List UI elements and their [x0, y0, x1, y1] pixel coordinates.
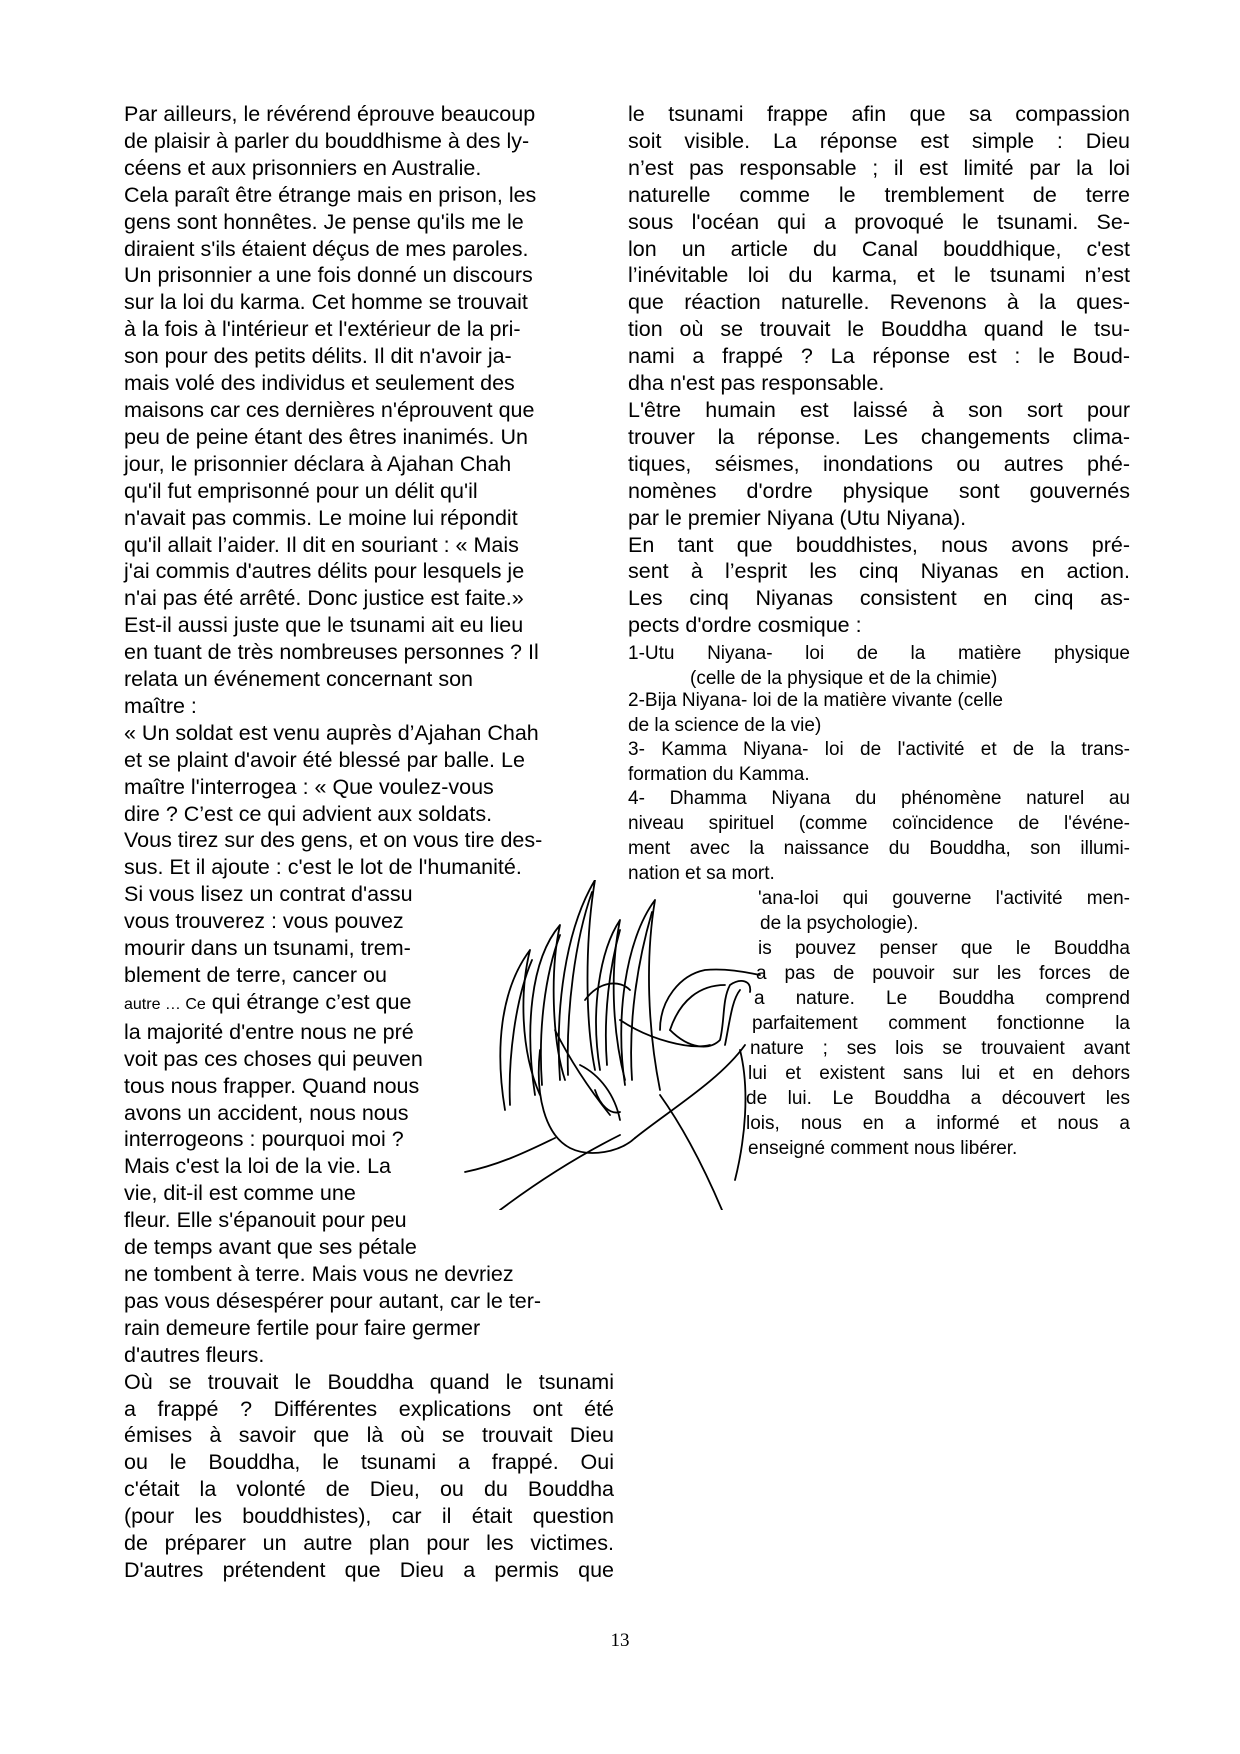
niyana-item-1: 1-Utu Niyana- loi de la matière physique… [628, 641, 1130, 691]
text-run: qui étrange c’est que [206, 990, 412, 1014]
right-text-line: lon un article du Canal bouddhique, c'es… [628, 236, 1130, 263]
left-text-line: « Un soldat est venu auprès d’Ajahan Cha… [124, 720, 614, 747]
left-text-line: de préparer un autre plan pour les victi… [124, 1530, 614, 1557]
left-text-line: Cela paraît être étrange mais en prison,… [124, 182, 614, 209]
left-column: Par ailleurs, le révérend éprouve beauco… [124, 101, 614, 1584]
wrapped-text-line: is pouvez penser que le Bouddha [738, 936, 1130, 961]
wrapped-text-around-illustration: 'ana-loi qui gouverne l'activité men-de … [738, 886, 1130, 1161]
left-text-line: jour, le prisonnier déclara à Ajahan Cha… [124, 451, 614, 478]
left-text-line: qu'il fut emprisonné pour un délit qu'il [124, 478, 614, 505]
left-text-line: ne tombent à terre. Mais vous ne devriez [124, 1261, 614, 1288]
wrapped-text-line: enseigné comment nous libérer. [738, 1136, 1130, 1161]
left-text-line: qu'il allait l’aider. Il dit en souriant… [124, 532, 614, 559]
right-text-line: n’est pas responsable ; il est limité pa… [628, 155, 1130, 182]
left-text-line: à la fois à l'intérieur et l'extérieur d… [124, 316, 614, 343]
left-text-line: D'autres prétendent que Dieu a permis qu… [124, 1557, 614, 1584]
wrapped-text-line: nature ; ses lois se trouvaient avant [738, 1036, 1130, 1061]
right-text-line: que réaction naturelle. Revenons à la qu… [628, 289, 1130, 316]
left-text-line: de plaisir à parler du bouddhisme à des … [124, 128, 614, 155]
left-text-line: émises à savoir que là où se trouvait Di… [124, 1422, 614, 1449]
right-text-line: soit visible. La réponse est simple : Di… [628, 128, 1130, 155]
right-text-line: nomènes d'ordre physique sont gouvernés [628, 478, 1130, 505]
right-text-line: sous l'océan qui a provoqué le tsunami. … [628, 209, 1130, 236]
left-text-line: céens et aux prisonniers en Australie. [124, 155, 614, 182]
left-text-line: et se plaint d'avoir été blessé par ball… [124, 747, 614, 774]
right-text-line: dha n'est pas responsable. [628, 370, 1130, 397]
wrapped-text-line: de lui. Le Bouddha a découvert les [738, 1086, 1130, 1111]
left-text-line: peu de peine étant des êtres inanimés. U… [124, 424, 614, 451]
niyana-item-2: 2-Bija Niyana- loi de la matière vivante… [628, 688, 1130, 738]
wrapped-text-line: 'ana-loi qui gouverne l'activité men- [738, 886, 1130, 911]
left-text-line: Est-il aussi juste que le tsunami ait eu… [124, 612, 614, 639]
wrapped-text-line: lui et existent sans lui et en dehors [738, 1061, 1130, 1086]
left-text-line: a frappé ? Différentes explications ont … [124, 1396, 614, 1423]
right-text-line: L'être humain est laissé à son sort pour [628, 397, 1130, 424]
wrapped-text-line: a pas de pouvoir sur les forces de [738, 961, 1130, 986]
niyana-list: 1-Utu Niyana- loi de la matière physique… [628, 641, 1130, 886]
left-text-line: maître : [124, 693, 614, 720]
right-text-line: En tant que bouddhistes, nous avons pré- [628, 532, 1130, 559]
right-text-line: Les cinq Niyanas consistent en cinq as- [628, 585, 1130, 612]
wrapped-text-line: a nature. Le Bouddha comprend [738, 986, 1130, 1011]
right-text-line: par le premier Niyana (Utu Niyana). [628, 505, 1130, 532]
right-text-line: tiques, séismes, inondations ou autres p… [628, 451, 1130, 478]
right-text-line: tion où se trouvait le Bouddha quand le … [628, 316, 1130, 343]
right-text-line: l’inévitable loi du karma, et le tsunami… [628, 262, 1130, 289]
left-text-line: en tuant de très nombreuses personnes ? … [124, 639, 614, 666]
left-text-line: son pour des petits délits. Il dit n'avo… [124, 343, 614, 370]
left-text-line: sus. Et il ajoute : c'est le lot de l'hu… [124, 854, 614, 881]
right-column-text: le tsunami frappe afin que sa compassion… [628, 101, 1130, 639]
buddha-hand-mudra-icon [460, 880, 780, 1210]
left-text-line: j'ai commis d'autres délits pour lesquel… [124, 558, 614, 585]
niyana-item-3: 3- Kamma Niyana- loi de l'activité et de… [628, 737, 1130, 787]
left-text-line: dire ? C’est ce qui advient aux soldats. [124, 801, 614, 828]
left-text-line: sur la loi du karma. Cet homme se trouva… [124, 289, 614, 316]
left-text-line: fleur. Elle s'épanouit pour peu [124, 1207, 614, 1234]
left-text-line: n'avait pas commis. Le moine lui répondi… [124, 505, 614, 532]
page-number: 13 [0, 1630, 1240, 1652]
left-text-line: n'ai pas été arrêté. Donc justice est fa… [124, 585, 614, 612]
left-text-line: diraient s'ils étaient déçus de mes paro… [124, 236, 614, 263]
left-text-line: mais volé des individus et seulement des [124, 370, 614, 397]
left-text-line: d'autres fleurs. [124, 1342, 614, 1369]
left-text-line: c'était la volonté de Dieu, ou du Bouddh… [124, 1476, 614, 1503]
right-text-line: naturelle comme le tremblement de terre [628, 182, 1130, 209]
left-text-line: de temps avant que ses pétale [124, 1234, 614, 1261]
right-text-line: sent à l’esprit les cinq Niyanas en acti… [628, 558, 1130, 585]
wrapped-text-line: parfaitement comment fonctionne la [738, 1011, 1130, 1036]
buddha-hand-illustration [460, 880, 780, 1210]
right-text-line: le tsunami frappe afin que sa compassion [628, 101, 1130, 128]
left-text-line: maisons car ces dernières n'éprouvent qu… [124, 397, 614, 424]
left-text-line: (pour les bouddhistes), car il était que… [124, 1503, 614, 1530]
niyana-item-4: 4- Dhamma Niyana du phénomène naturel au… [628, 786, 1130, 886]
left-text-line: Par ailleurs, le révérend éprouve beauco… [124, 101, 614, 128]
wrapped-text-line: de la psychologie). [738, 911, 1130, 936]
left-text-line: pas vous désespérer pour autant, car le … [124, 1288, 614, 1315]
left-text-line: gens sont honnêtes. Je pense qu'ils me l… [124, 209, 614, 236]
right-text-line: nami a frappé ? La réponse est : le Boud… [628, 343, 1130, 370]
left-text-line: relata un événement concernant son [124, 666, 614, 693]
left-text-line: Où se trouvait le Bouddha quand le tsuna… [124, 1369, 614, 1396]
left-text-line: Vous tirez sur des gens, et on vous tire… [124, 827, 614, 854]
left-text-line: ou le Bouddha, le tsunami a frappé. Oui [124, 1449, 614, 1476]
small-text: autre … Ce [124, 996, 206, 1013]
wrapped-text-line: lois, nous en a informé et nous a [738, 1111, 1130, 1136]
right-text-line: trouver la réponse. Les changements clim… [628, 424, 1130, 451]
right-text-line: pects d'ordre cosmique : [628, 612, 1130, 639]
left-text-line: rain demeure fertile pour faire germer [124, 1315, 614, 1342]
document-page: Par ailleurs, le révérend éprouve beauco… [0, 0, 1240, 1754]
left-text-line: Un prisonnier a une fois donné un discou… [124, 262, 614, 289]
left-text-line: maître l'interrogea : « Que voulez-vous [124, 774, 614, 801]
